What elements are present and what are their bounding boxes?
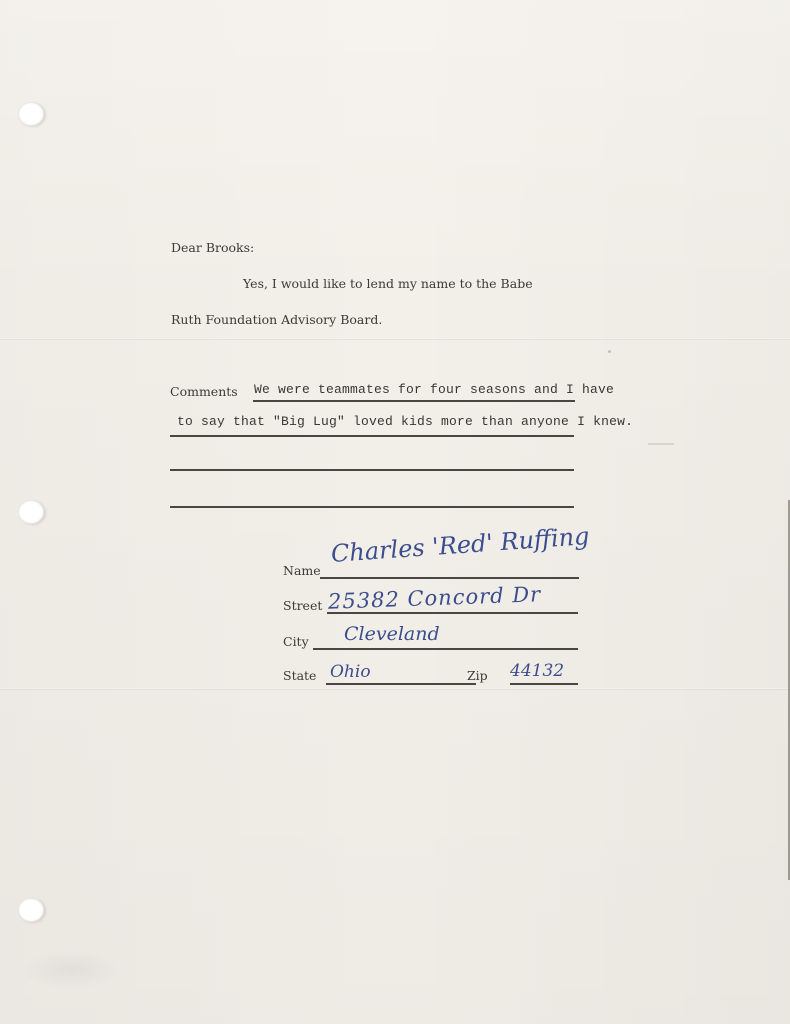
zip-field: 44132	[510, 661, 564, 681]
punch-hole-icon	[18, 102, 44, 126]
letter-body-line: Yes, I would like to lend my name to the…	[243, 276, 533, 291]
name-label: Name	[283, 563, 321, 578]
blank-comment-line	[170, 469, 574, 471]
paper-fold	[0, 338, 790, 340]
state-label: State	[283, 668, 316, 683]
salutation: Dear Brooks:	[171, 240, 254, 255]
city-field: Cleveland	[344, 623, 440, 645]
paper-speck	[608, 350, 611, 353]
city-label: City	[283, 634, 309, 649]
name-field: Charles 'Red' Ruffing	[330, 522, 590, 568]
city-field-line	[313, 648, 578, 650]
comment-line: We were teammates for four seasons and I…	[254, 382, 614, 397]
street-label: Street	[283, 598, 322, 613]
paper-mark	[648, 443, 674, 445]
paper-fold	[0, 688, 790, 690]
punch-hole-icon	[18, 898, 44, 922]
comment-line: to say that "Big Lug" loved kids more th…	[177, 414, 633, 429]
comment-underline	[170, 435, 574, 437]
comment-underline	[253, 400, 575, 402]
name-field-line	[320, 577, 579, 579]
comments-label: Comments	[170, 384, 238, 399]
punch-hole-icon	[18, 500, 44, 524]
state-field: Ohio	[330, 662, 371, 682]
letter-body-line: Ruth Foundation Advisory Board.	[171, 312, 382, 327]
zip-label: Zip	[467, 668, 488, 683]
zip-field-line	[510, 683, 578, 685]
pencil-smudge	[22, 950, 122, 990]
blank-comment-line	[170, 506, 574, 508]
state-field-line	[326, 683, 476, 685]
street-field: 25382 Concord Dr	[328, 582, 542, 613]
